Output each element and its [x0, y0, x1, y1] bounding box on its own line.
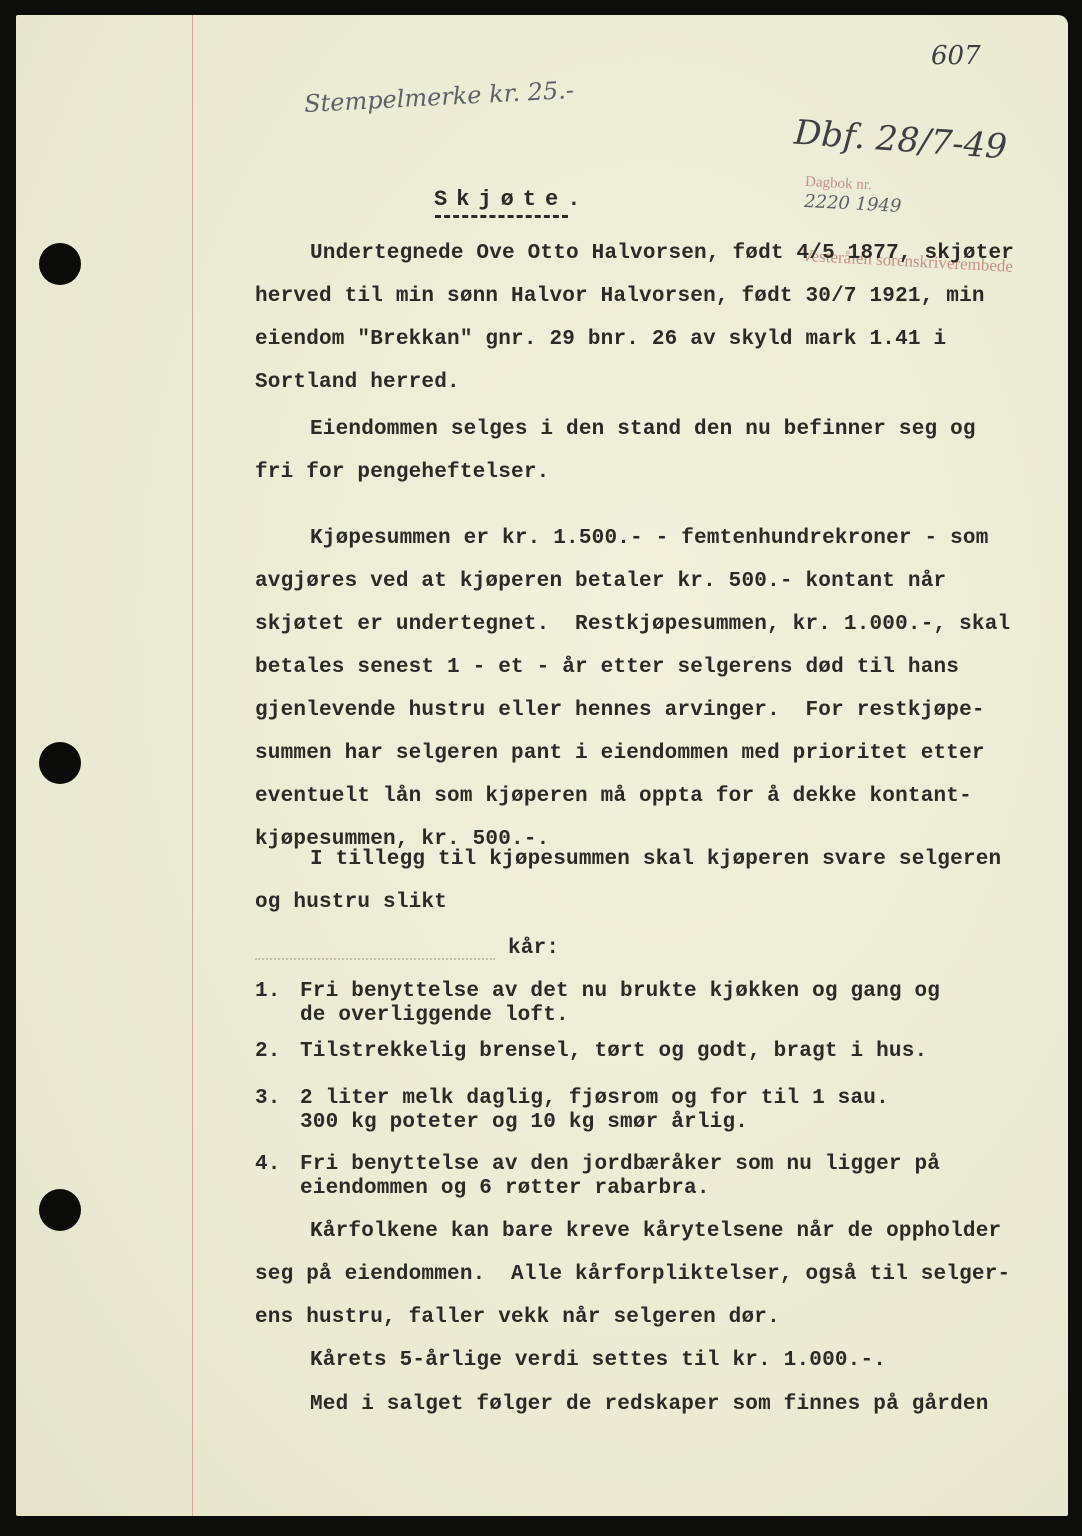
- paragraph-line: og hustru slikt: [255, 891, 447, 914]
- punch-hole: [39, 742, 81, 784]
- paragraph-line: Kjøpesummen er kr. 1.500.- - femtenhundr…: [310, 527, 989, 550]
- handwritten-stamp-note: Stempelmerke kr. 25.-: [303, 76, 574, 118]
- list-item-number: 1.: [255, 980, 281, 1003]
- document-page: 607 Stempelmerke kr. 25.- Dbf. 28/7-49 D…: [16, 15, 1068, 1516]
- list-item-text: 300 kg poteter og 10 kg smør årlig.: [300, 1111, 748, 1134]
- list-item-number: 4.: [255, 1153, 281, 1176]
- paragraph-line: Undertegnede Ove Otto Halvorsen, født 4/…: [310, 242, 1014, 265]
- paragraph-line: herved til min sønn Halvor Halvorsen, fø…: [255, 285, 985, 308]
- paragraph-line: skjøtet er undertegnet. Restkjøpesummen,…: [255, 613, 1010, 636]
- paragraph-line: ens hustru, faller vekk når selgeren dør…: [255, 1306, 780, 1329]
- page-title: Skjøte.: [434, 187, 589, 212]
- paragraph-line: I tillegg til kjøpesummen skal kjøperen …: [310, 848, 1001, 871]
- page-number: 607: [931, 41, 981, 71]
- paragraph-line: eiendom "Brekkan" gnr. 29 bnr. 26 av sky…: [255, 328, 946, 351]
- list-item-number: 2.: [255, 1040, 281, 1063]
- paragraph-line: summen har selgeren pant i eiendommen me…: [255, 742, 985, 765]
- stamp-number: 2220 1949: [804, 191, 902, 217]
- paragraph-line: fri for pengeheftelser.: [255, 461, 549, 484]
- list-item-text: Tilstrekkelig brensel, tørt og godt, bra…: [300, 1040, 927, 1063]
- paragraph-line: Kårets 5-årlige verdi settes til kr. 1.0…: [310, 1349, 886, 1372]
- paragraph-line: avgjøres ved at kjøperen betaler kr. 500…: [255, 570, 946, 593]
- dotted-rule: [255, 958, 495, 960]
- paragraph-line: gjenlevende hustru eller hennes arvinger…: [255, 699, 985, 722]
- list-item-number: 3.: [255, 1087, 281, 1110]
- registry-stamp: Dagbok nr. 2220 1949 Vesterålen sorenskr…: [785, 156, 1018, 294]
- list-item-text: 2 liter melk daglig, fjøsrom og for til …: [300, 1087, 889, 1110]
- punch-hole: [39, 243, 81, 285]
- section-heading: kår:: [508, 937, 559, 960]
- title-underline: [435, 215, 568, 222]
- paragraph-line: betales senest 1 - et - år etter selgere…: [255, 656, 959, 679]
- paragraph-line: Eiendommen selges i den stand den nu bef…: [310, 418, 976, 441]
- paragraph-line: Kårfolkene kan bare kreve kårytelsene nå…: [310, 1220, 1001, 1243]
- list-item-text: de overliggende loft.: [300, 1004, 569, 1027]
- list-item-text: Fri benyttelse av den jordbæråker som nu…: [300, 1153, 940, 1176]
- paragraph-line: eventuelt lån som kjøperen må oppta for …: [255, 785, 972, 808]
- paragraph-line: Med i salget følger de redskaper som fin…: [310, 1393, 989, 1416]
- paragraph-line: Sortland herred.: [255, 371, 460, 394]
- list-item-text: eiendommen og 6 røtter rabarbra.: [300, 1177, 710, 1200]
- paragraph-line: seg på eiendommen. Alle kårforpliktelser…: [255, 1263, 1010, 1286]
- margin-line: [192, 15, 193, 1516]
- list-item-text: Fri benyttelse av det nu brukte kjøkken …: [300, 980, 940, 1003]
- punch-hole: [39, 1189, 81, 1231]
